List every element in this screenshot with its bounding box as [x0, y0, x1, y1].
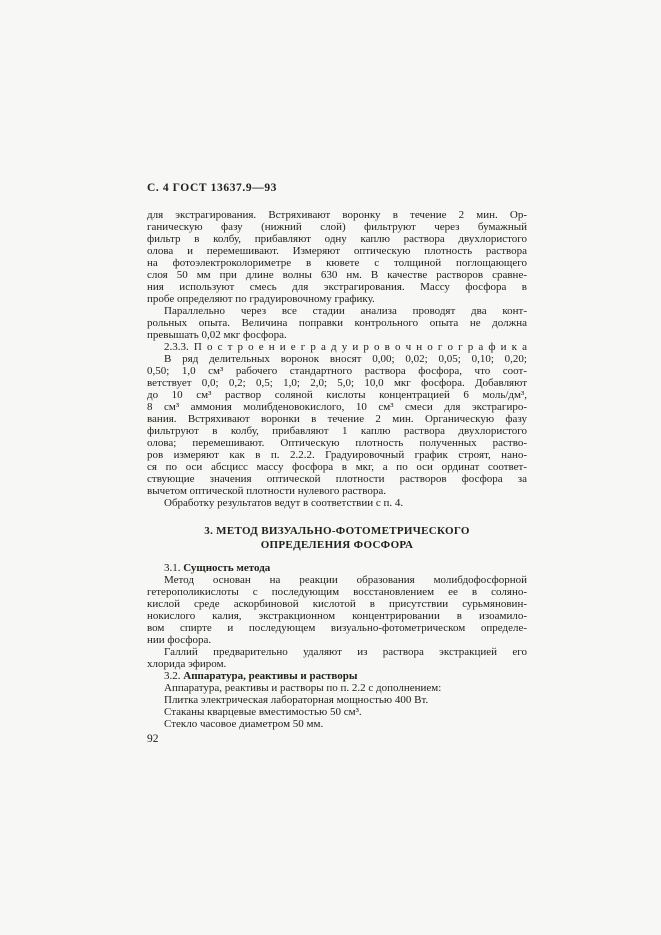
paragraph: Галлий предварительно удаляют из раствор… [147, 646, 527, 670]
text-line: нокислого калия, экстракционном концентр… [147, 610, 527, 622]
text-line: превышать 0,02 мкг фосфора. [147, 329, 527, 341]
text-run: 3.2. [164, 670, 183, 682]
page-number: 92 [147, 733, 159, 745]
text-line: Плитка электрическая лабораторная мощнос… [147, 694, 527, 706]
paragraph: Плитка электрическая лабораторная мощнос… [147, 694, 527, 706]
document-text: для экстрагирования. Встряхивают воронку… [147, 209, 527, 730]
text-line: ров измеряют как в п. 2.2.2. Градуировоч… [147, 449, 527, 461]
text-line: нии фосфора. [147, 634, 527, 646]
bold-run: Сущность метода [183, 562, 270, 574]
text-line: фильтруют в колбу, прибавляют 1 каплю ра… [147, 425, 527, 437]
running-header: С. 4 ГОСТ 13637.9—93 [147, 182, 527, 194]
text-line: 8 см³ аммония молибденовокислого, 10 см³… [147, 401, 527, 413]
paragraph: 3.1. Сущность метода [147, 562, 527, 574]
text-line: ОПРЕДЕЛЕНИЯ ФОСФОРА [147, 539, 527, 553]
text-line: Аппаратура, реактивы и растворы по п. 2.… [147, 682, 527, 694]
text-line: кислой среде аскорбиновой кислотой в при… [147, 598, 527, 610]
paragraph: для экстрагирования. Встряхивают воронку… [147, 209, 527, 305]
text-line: 2.3.3. П о с т р о е н и е г р а д у и р… [147, 341, 527, 353]
section-heading: 3. МЕТОД ВИЗУАЛЬНО-ФОТОМЕТРИЧЕСКОГООПРЕД… [147, 525, 527, 552]
text-line: вания. Встряхивают воронки в течение 2 м… [147, 413, 527, 425]
paragraph: Стекло часовое диаметром 50 мм. [147, 718, 527, 730]
text-line: Обработку результатов ведут в соответств… [147, 497, 527, 509]
text-line: Метод основан на реакции образования мол… [147, 574, 527, 586]
text-run: 3.1. [164, 562, 183, 574]
text-line: слоя 50 мм при длине волны 630 нм. В кач… [147, 269, 527, 281]
text-line: олова; перемешивают. Оптическую плотност… [147, 437, 527, 449]
bold-run: Аппаратура, реактивы и растворы [183, 670, 357, 682]
text-line: 3.1. Сущность метода [147, 562, 527, 574]
text-line: ветствует 0,0; 0,2; 0,5; 1,0; 2,0; 5,0; … [147, 377, 527, 389]
text-line: вычетом оптической плотности нулевого ра… [147, 485, 527, 497]
text-line: пробе определяют по градуировочному граф… [147, 293, 527, 305]
text-line: Стаканы кварцевые вместимостью 50 см³. [147, 706, 527, 718]
text-line: рольных опыта. Величина поправки контрол… [147, 317, 527, 329]
text-line: ганическую фазу (нижний слой) фильтруют … [147, 221, 527, 233]
paragraph: 2.3.3. П о с т р о е н и е г р а д у и р… [147, 341, 527, 353]
text-line: Параллельно через все стадии анализа про… [147, 305, 527, 317]
text-line: до 10 см³ раствор соляной кислоты концен… [147, 389, 527, 401]
text-line: на фотоэлектроколориметре в кювете с тол… [147, 257, 527, 269]
text-line: В ряд делительных воронок вносят 0,00; 0… [147, 353, 527, 365]
paragraph: Параллельно через все стадии анализа про… [147, 305, 527, 341]
paragraph: 3.2. Аппаратура, реактивы и растворы [147, 670, 527, 682]
paragraph: Стаканы кварцевые вместимостью 50 см³. [147, 706, 527, 718]
text-line: ния используют смесь для экстрагирования… [147, 281, 527, 293]
text-line: Галлий предварительно удаляют из раствор… [147, 646, 527, 658]
text-line: хлорида эфиром. [147, 658, 527, 670]
paragraph: Метод основан на реакции образования мол… [147, 574, 527, 646]
text-line: 3. МЕТОД ВИЗУАЛЬНО-ФОТОМЕТРИЧЕСКОГО [147, 525, 527, 539]
text-line: олова и перемешивают. Измеряют оптическу… [147, 245, 527, 257]
text-line: фильтр в колбу, прибавляют одну каплю ра… [147, 233, 527, 245]
text-line: гетерополикислоты с последующим восстано… [147, 586, 527, 598]
text-line: ствующие значения оптической плотности р… [147, 473, 527, 485]
document-page: С. 4 ГОСТ 13637.9—93 для экстрагирования… [0, 0, 661, 935]
paragraph: Аппаратура, реактивы и растворы по п. 2.… [147, 682, 527, 694]
text-line: для экстрагирования. Встряхивают воронку… [147, 209, 527, 221]
text-line: Стекло часовое диаметром 50 мм. [147, 718, 527, 730]
text-line: вом спирте и последующем визуально-фотом… [147, 622, 527, 634]
text-line: ся по оси абсцисс массу фосфора в мкг, а… [147, 461, 527, 473]
paragraph: Обработку результатов ведут в соответств… [147, 497, 527, 509]
text-line: 0,50; 1,0 см³ рабочего стандартного раст… [147, 365, 527, 377]
paragraph: В ряд делительных воронок вносят 0,00; 0… [147, 353, 527, 497]
text-line: 3.2. Аппаратура, реактивы и растворы [147, 670, 527, 682]
